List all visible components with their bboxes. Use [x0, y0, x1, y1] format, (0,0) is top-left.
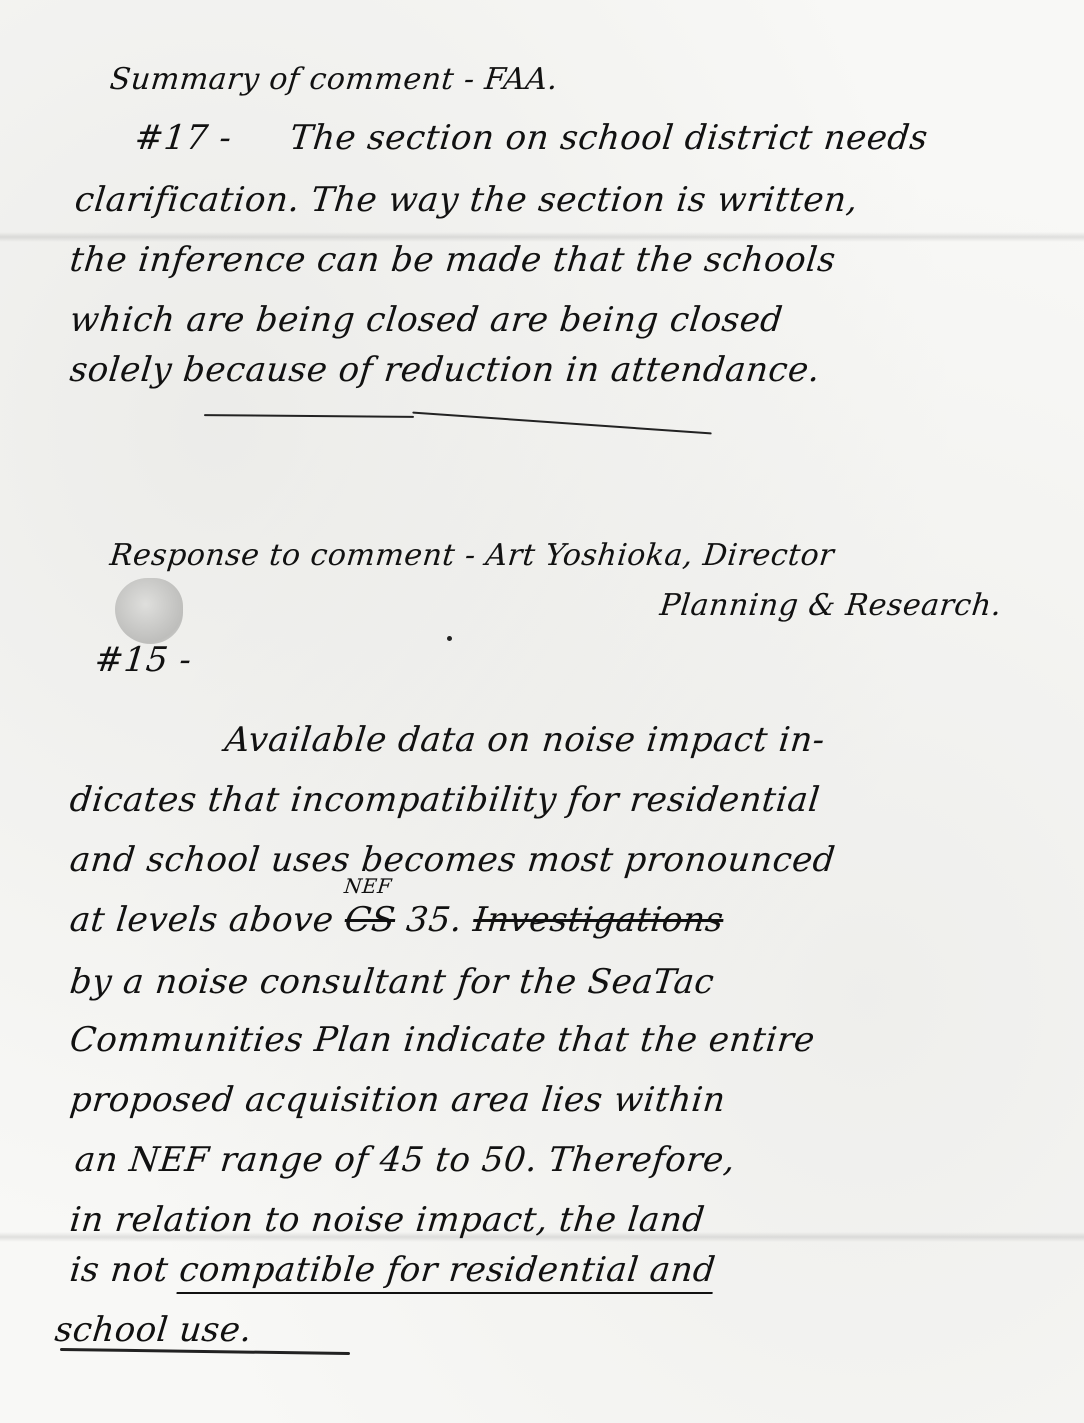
nef-insert: NEF	[343, 874, 393, 898]
level-value: 35.	[404, 900, 464, 940]
separator-line	[204, 414, 414, 418]
response-line: Communities Plan indicate that the entir…	[68, 1020, 817, 1060]
closing-underline	[60, 1348, 350, 1355]
response-line: an NEF range of 45 to 50. Therefore,	[73, 1140, 737, 1180]
comment-line: the inference can be made that the schoo…	[68, 240, 838, 280]
response-line: Available data on noise impact in-	[223, 720, 827, 760]
ink-dot	[447, 636, 452, 641]
comment-line: clarification. The way the section is wr…	[73, 180, 860, 220]
response-text: is not	[68, 1250, 170, 1290]
response-line: at levels above CSNEF 35. Investigations	[68, 900, 726, 940]
response-number: #15 -	[93, 640, 194, 680]
comment-number: #17 -	[133, 118, 234, 158]
response-line: school use.	[53, 1310, 254, 1350]
response-line: by a noise consultant for the SeaTac	[68, 962, 716, 1002]
underlined-phrase: compatible for residential and	[177, 1250, 718, 1294]
paper-smudge	[115, 578, 183, 644]
response-line: in relation to noise impact, the land	[68, 1200, 707, 1240]
response-line: proposed acquisition area lies within	[68, 1080, 728, 1120]
document-page: Summary of comment - FAA. #17 - The sect…	[0, 0, 1084, 1423]
struck-value: CSNEF	[343, 900, 398, 940]
comment-line: which are being closed are being closed	[68, 300, 785, 340]
response-text: at levels above	[68, 900, 336, 940]
comment-line: The section on school district needs	[288, 118, 930, 158]
response-heading-title: Planning & Research.	[658, 588, 1003, 623]
comment-line: solely because of reduction in attendanc…	[68, 350, 822, 390]
struck-word: Investigations	[471, 900, 725, 940]
response-heading: Response to comment - Art Yoshioka, Dire…	[108, 538, 836, 573]
separator-line	[412, 412, 711, 435]
summary-heading: Summary of comment - FAA.	[108, 62, 560, 97]
response-line: dicates that incompatibility for residen…	[68, 780, 822, 820]
response-line: and school uses becomes most pronounced	[68, 840, 837, 880]
response-line: is not compatible for residential and	[68, 1250, 718, 1290]
